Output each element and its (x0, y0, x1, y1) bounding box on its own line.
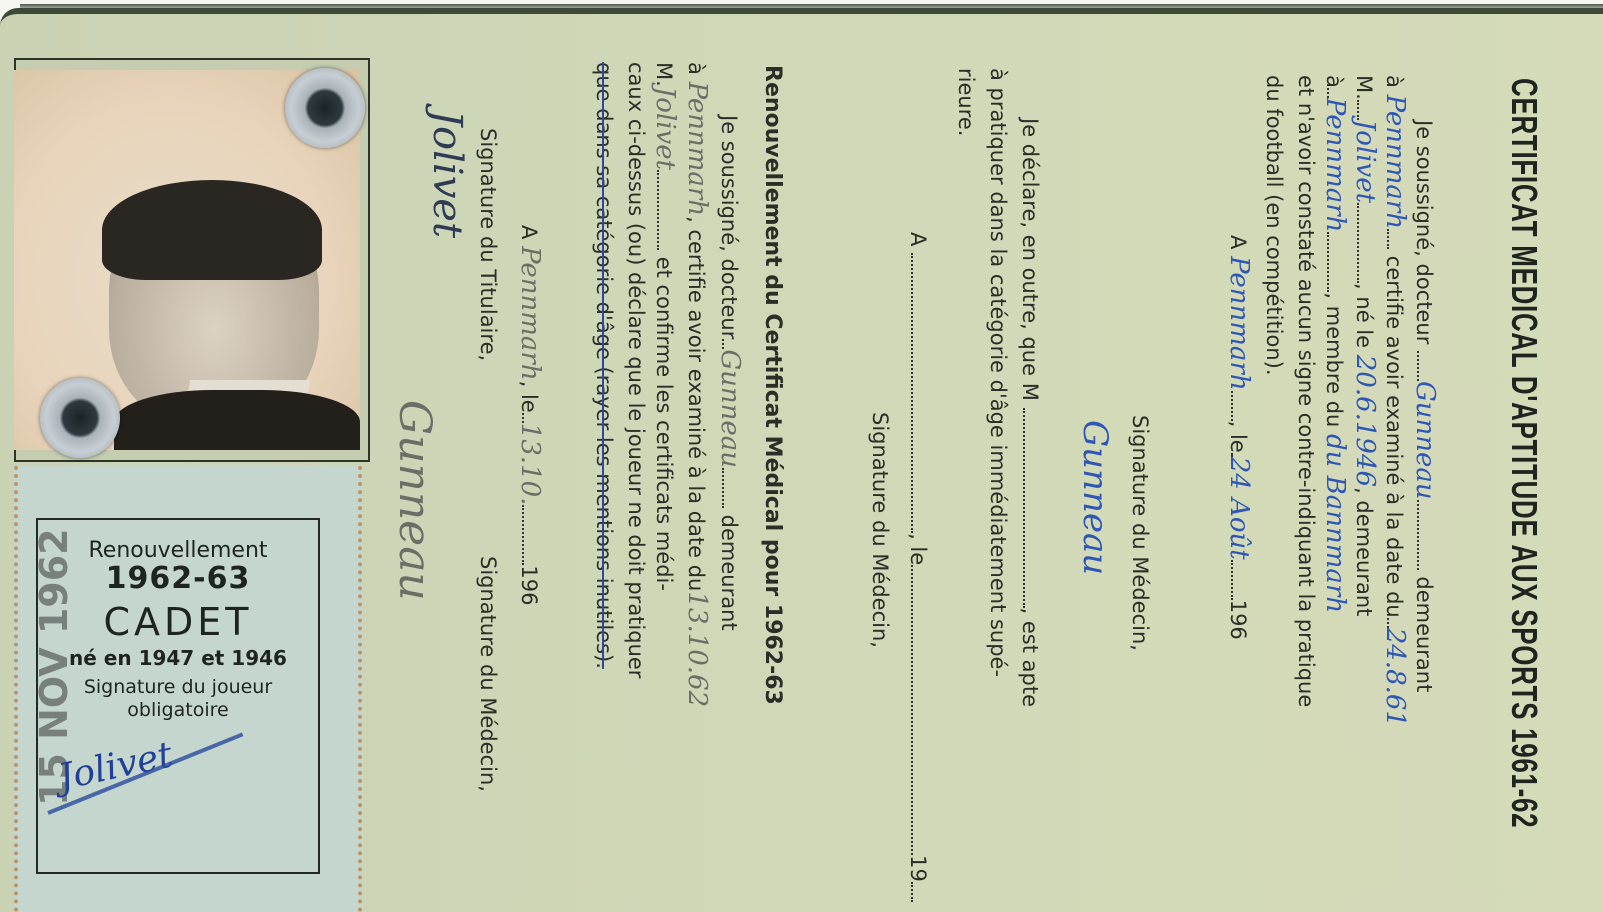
stamp-birth-years: né en 1947 et 1946 (38, 646, 318, 670)
eyelet-icon (40, 378, 120, 458)
r-line1: Je soussigné, docteurGunneau demeurant (715, 115, 745, 631)
s2-line2: à pratiquer dans la catégorie d'âge immé… (986, 68, 1010, 677)
stamp-season: 1962-63 (38, 561, 318, 596)
r-line5: que dans sa catégorie d'âge (rayer les m… (592, 62, 616, 669)
eyelet-icon (285, 68, 365, 148)
s2-line1: Je déclare, en outre, que M , est apte (1018, 118, 1042, 707)
card-edge-shadow (20, 4, 1603, 12)
photo-jacket (114, 390, 360, 450)
r-line2: à Pennmarh, certifie avoir examiné à la … (682, 62, 712, 707)
r-line4: caux ci-dessus (ou) déclare que le joueu… (624, 62, 648, 678)
s2-signature-label: Signature du Médecin, (868, 412, 892, 648)
s2-place-date: A , le19 (906, 232, 930, 902)
r-doctor-signature-label: Signature du Médecin, (476, 556, 500, 792)
stamp-box: Renouvellement 1962-63 CADET né en 1947 … (36, 518, 320, 874)
r-line3: M.Jolivet et confirme les certificats mé… (650, 62, 680, 591)
holder-signature: Jolivet (424, 110, 470, 238)
s1-line1: Je soussigné, docteur Gunneau demeurant (1410, 120, 1440, 692)
s1-doctor-signature: Gunneau (1075, 420, 1115, 575)
s1-signature-label: Signature du Médecin, (1128, 415, 1152, 651)
s1-line5: et n'avoir constaté aucun signe contre-i… (1294, 75, 1318, 707)
photo-hair (102, 180, 322, 280)
document-title: CERTIFICAT MEDICAL D'APTITUDE AUX SPORTS… (1503, 78, 1545, 828)
s1-line4: àPennmarh, membre du du Bannmarh (1320, 75, 1350, 613)
s1-place-date: A Pennmarh, le24 Août196 (1224, 235, 1254, 640)
s1-line3: M.Jolivet, né le 20.6.1946, demeurant (1350, 75, 1380, 616)
r-doctor-signature: Gunneau (389, 400, 440, 601)
renewal-stamp: 15 NOV 1962 Renouvellement 1962-63 CADET… (14, 466, 362, 912)
stamp-signature-label: Signature du joueurobligatoire (38, 676, 318, 722)
stamp-line1: Renouvellement (38, 538, 318, 563)
stamp-category: CADET (38, 600, 318, 644)
holder-signature-label: Signature du Titulaire, (476, 128, 500, 361)
renewal-heading: Renouvellement du Certificat Médical pou… (760, 65, 785, 705)
s1-line2: à Pennmarh certifie avoir examiné à la d… (1380, 75, 1410, 727)
s1-line6: du football (en compétition). (1262, 75, 1286, 376)
s2-line3: rieure. (954, 68, 978, 136)
r-place-date: A Pennmarh, le13.10.196 (515, 225, 545, 606)
